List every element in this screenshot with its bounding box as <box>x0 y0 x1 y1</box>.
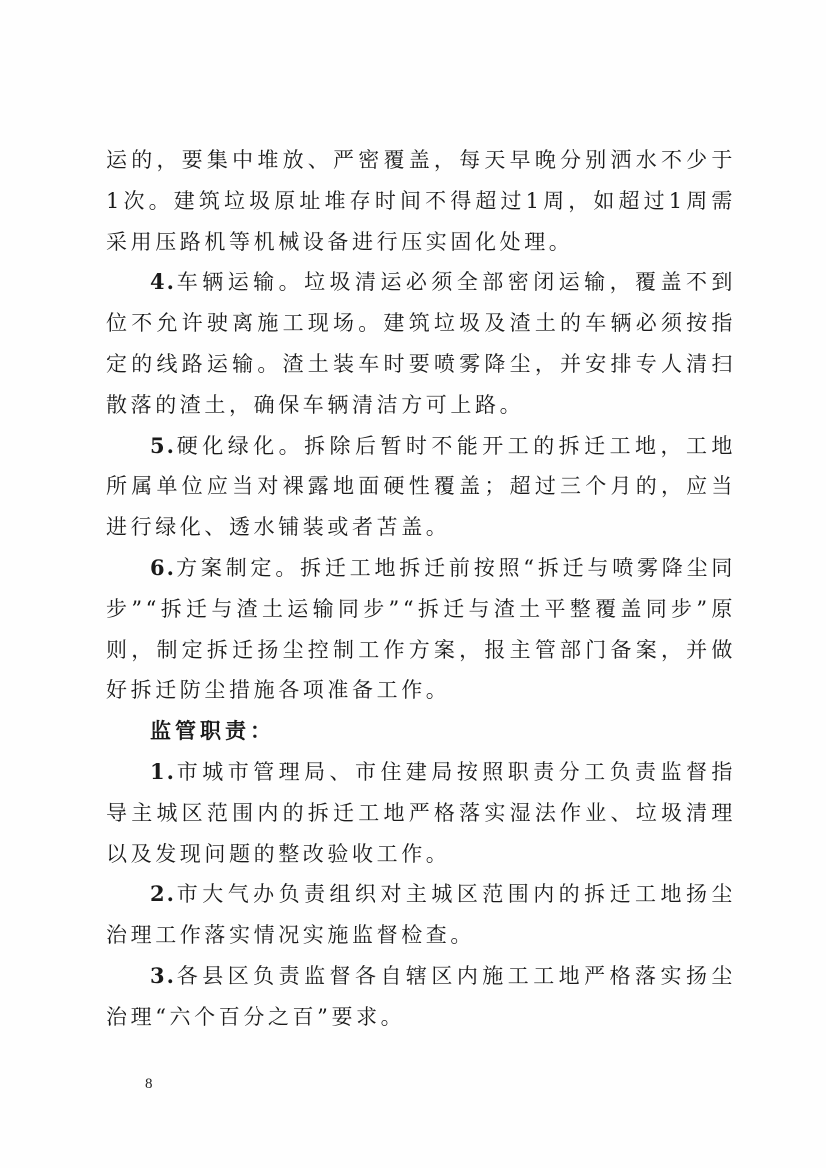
item-number: 4. <box>150 269 176 294</box>
duty-text: 市大气办负责组织对主城区范围内的拆迁工地扬尘治理工作落实情况实施监督检查。 <box>106 882 736 947</box>
duty-text: 市城市管理局、市住建局按照职责分工负责监督指导主城区范围内的拆迁工地严格落实湿法… <box>106 760 736 866</box>
duty-text: 各县区负责监督各自辖区内施工工地严格落实扬尘治理“六个百分之百”要求。 <box>106 964 736 1029</box>
paragraph-text: 运的，要集中堆放、严密覆盖，每天早晚分别洒水不少于1次。建筑垃圾原址堆存时间不得… <box>106 148 736 254</box>
paragraph-continued: 运的，要集中堆放、严密覆盖，每天早晚分别洒水不少于1次。建筑垃圾原址堆存时间不得… <box>106 140 736 262</box>
document-body: 运的，要集中堆放、严密覆盖，每天早晚分别洒水不少于1次。建筑垃圾原址堆存时间不得… <box>106 140 736 1038</box>
paragraph-item-6: 6.方案制定。拆迁工地拆迁前按照“拆迁与喷雾降尘同步”“拆迁与渣土运输同步”“拆… <box>106 548 736 711</box>
paragraph-item-5: 5.硬化绿化。拆除后暂时不能开工的拆迁工地，工地所属单位应当对裸露地面硬性覆盖；… <box>106 426 736 548</box>
duty-item-1: 1.市城市管理局、市住建局按照职责分工负责监督指导主城区范围内的拆迁工地严格落实… <box>106 752 736 874</box>
duty-item-2: 2.市大气办负责组织对主城区范围内的拆迁工地扬尘治理工作落实情况实施监督检查。 <box>106 874 736 956</box>
item-number: 5. <box>150 433 176 458</box>
paragraph-text: 方案制定。拆迁工地拆迁前按照“拆迁与喷雾降尘同步”“拆迁与渣土运输同步”“拆迁与… <box>106 556 736 702</box>
page-number: 8 <box>145 1076 153 1093</box>
document-page: 运的，要集中堆放、严密覆盖，每天早晚分别洒水不少于1次。建筑垃圾原址堆存时间不得… <box>0 0 826 1168</box>
item-number: 3. <box>150 963 176 988</box>
paragraph-item-4: 4.车辆运输。垃圾清运必须全部密闭运输，覆盖不到位不允许驶离施工现场。建筑垃圾及… <box>106 262 736 425</box>
paragraph-text: 车辆运输。垃圾清运必须全部密闭运输，覆盖不到位不允许驶离施工现场。建筑垃圾及渣土… <box>106 270 736 416</box>
paragraph-text: 硬化绿化。拆除后暂时不能开工的拆迁工地，工地所属单位应当对裸露地面硬性覆盖；超过… <box>106 434 736 540</box>
item-number: 2. <box>150 881 176 906</box>
item-number: 6. <box>150 555 176 580</box>
item-number: 1. <box>150 759 176 784</box>
section-heading-supervision: 监管职责： <box>106 711 736 752</box>
duty-item-3: 3.各县区负责监督各自辖区内施工工地严格落实扬尘治理“六个百分之百”要求。 <box>106 956 736 1038</box>
